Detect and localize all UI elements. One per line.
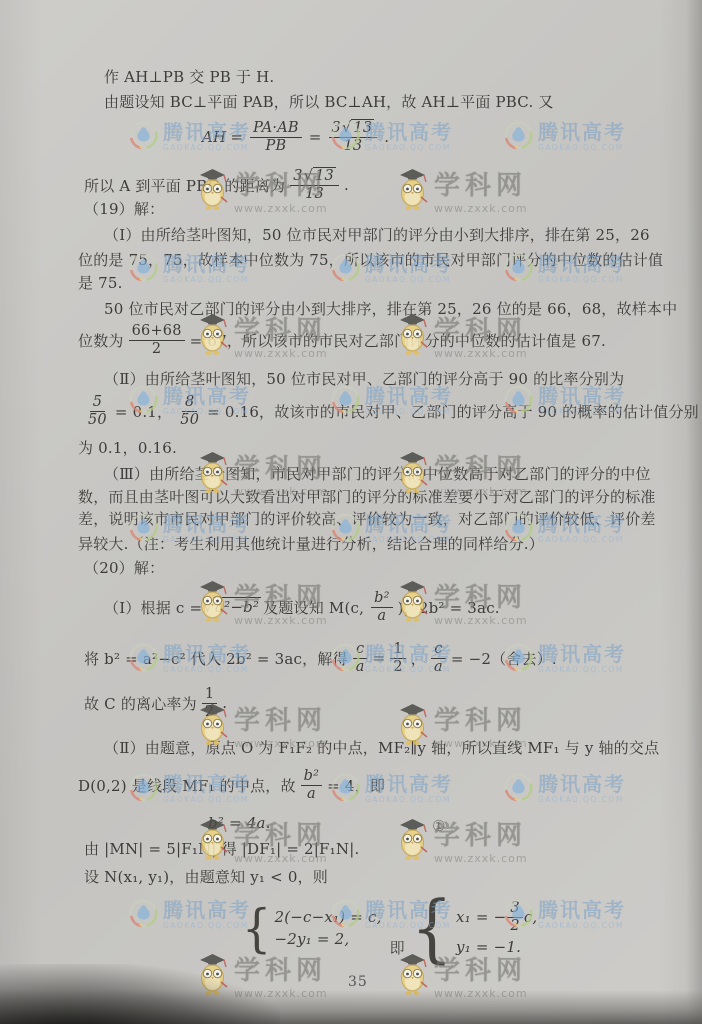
text-line: 50 位市民对乙部门的评分由小到大排序，排在第 25，26 位的是 66，68，… (104, 298, 677, 319)
equation: 2(−c−x₁) = c, (274, 908, 381, 926)
fraction: 1 2 (390, 641, 405, 675)
fraction: 5 50 (85, 394, 110, 428)
sqrt-icon: √ (342, 120, 351, 136)
fraction-numerator: 3√13 (329, 120, 378, 138)
text-segment: 即 (390, 937, 405, 966)
text-line: 作 AH⊥PB 交 PB 于 H. (104, 66, 274, 87)
text-segment: = 67，所以该市的市民对乙部门评分的中位数的估计值是 67. (190, 330, 606, 351)
problem-19-header: （19）解： (84, 198, 164, 219)
fraction-numerator: c (353, 641, 367, 659)
circled-one-mark: ① (432, 817, 445, 835)
text-line: （Ⅰ）由所给茎叶图知，50 位市民对甲部门的评分由小到大排序，排在第 25，26 (104, 224, 650, 245)
comma: ， (411, 648, 426, 669)
period: . (344, 176, 349, 194)
fraction-denominator: 2 (507, 918, 522, 935)
fraction-denominator: 13 (340, 138, 365, 155)
problem-20-header: （20）解： (84, 557, 164, 578)
fraction: 3√13 13 (290, 168, 339, 202)
fraction: 66+68 2 (129, 323, 185, 357)
coefficient: 3 (293, 168, 302, 184)
text-segment: = 4，即 (327, 775, 385, 796)
equation: −2y₁ = 2, (274, 930, 349, 948)
formula-ah-distance: AH = PA·AB PB = 3√13 13 . (200, 115, 391, 159)
text-line: 差，说明该市市民对甲部门的评价较高、评价较为一致，对乙部门的评价较低、评价差 (78, 508, 656, 529)
fraction: b² a (371, 590, 393, 624)
sqrt-expression: √a²−b² (202, 598, 261, 616)
fraction: b² a (301, 768, 323, 802)
radicand: 13 (313, 167, 336, 184)
text-segment: = 0.1， (115, 401, 172, 422)
fraction-numerator: b² (301, 768, 323, 786)
equation: y₁ = −1. (456, 938, 521, 956)
text-segment: 将 b² = a²−c² 代入 2b² = 3ac，解得 (84, 648, 348, 669)
left-brace: { (242, 898, 271, 958)
fraction-numerator: 8 (182, 394, 197, 412)
fraction-numerator: 1 (202, 686, 217, 704)
period: . (222, 694, 227, 712)
fraction-denominator: 13 (302, 186, 327, 203)
text-line: （Ⅲ）由所给茎叶图知，市民对甲部门的评分的中位数高于对乙部门的评分的中位 (104, 463, 651, 484)
text-line-with-fraction: D(0,2) 是线段 MF₁ 的中点，故 b² a = 4，即 (78, 763, 385, 807)
equation-system: { 2(−c−x₁) = c, −2y₁ = 2, 即 { x₁ = − 3 2… (242, 890, 537, 966)
fraction-numerator: 3 (507, 900, 522, 918)
equals-sign: = (230, 128, 243, 146)
fraction: 8 50 (177, 394, 202, 428)
equals-sign: = (373, 649, 386, 667)
fraction: PA·AB PB (250, 120, 302, 154)
fraction: c a (431, 641, 446, 675)
fraction: 3√13 13 (329, 120, 378, 154)
fraction-denominator: 2 (202, 704, 217, 721)
fraction-numerator: b² (371, 590, 393, 608)
fraction-denominator: a (374, 608, 389, 625)
page-number: 35 (348, 974, 368, 990)
text-segment: 故 C 的离心率为 (84, 693, 197, 714)
radicand: 13 (351, 119, 374, 136)
text-segment: c, (524, 908, 538, 926)
left-brace: { (411, 885, 453, 971)
text-line: 数，而且由茎叶图可以大致看出对甲部门的评分的标准差要小于对乙部门的评分的标准 (78, 486, 656, 507)
fraction: 1 2 (202, 686, 217, 720)
fraction-denominator: 50 (177, 412, 202, 429)
text-line-with-fraction: 故 C 的离心率为 1 2 . (84, 681, 227, 725)
formula-lhs: AH (202, 128, 226, 146)
formula-line: b² = 4a. (208, 814, 271, 832)
sqrt-icon: √ (203, 598, 213, 616)
fraction-numerator: 5 (90, 394, 105, 412)
equals-sign: = (309, 128, 322, 146)
system-left-column: 2(−c−x₁) = c, −2y₁ = 2, (274, 908, 381, 948)
text-segment: 所以 A 到平面 PBC 的距离为 (84, 175, 285, 196)
text-segment: 及题设知 M(c, (263, 597, 364, 618)
fraction-denominator: 50 (85, 412, 110, 429)
sqrt-icon: √ (304, 168, 313, 184)
text-line-with-formula: 将 b² = a²−c² 代入 2b² = 3ac，解得 c a = 1 2 ，… (84, 636, 557, 680)
text-line: 由 |MN| = 5|F₁N| 得 |DF₁| = 2|F₁N|. (84, 838, 359, 859)
text-segment: )，2b² = 3ac. (398, 597, 500, 618)
fraction: c a (353, 641, 368, 675)
fraction-denominator: 2 (149, 341, 164, 358)
text-segment: = −2（舍去）. (451, 648, 557, 669)
solution-text-layer: 作 AH⊥PB 交 PB 于 H. 由题设知 BC⊥平面 PAB，所以 BC⊥A… (0, 0, 702, 1024)
fraction-numerator: PA·AB (250, 120, 302, 138)
text-line: 为 0.1，0.16. (78, 437, 177, 458)
text-segment: x₁ = − (456, 908, 506, 926)
system-right-column: x₁ = − 3 2 c, y₁ = −1. (456, 900, 537, 956)
fraction-numerator: 1 (390, 641, 405, 659)
text-line: 设 N(x₁, y₁)，由题意知 y₁ < 0，则 (84, 866, 328, 887)
equation: x₁ = − 3 2 c, (456, 900, 537, 934)
fraction-denominator: a (353, 659, 368, 676)
text-line: 由题设知 BC⊥平面 PAB，所以 BC⊥AH，故 AH⊥平面 PBC. 又 (104, 91, 554, 112)
fraction-denominator: PB (263, 138, 290, 155)
text-segment: 位数为 (78, 330, 124, 351)
coefficient: 3 (332, 120, 341, 136)
text-line: （Ⅱ）由题意，原点 O 为 F₁F₂ 的中点，MF₂∥y 轴，所以直线 MF₁ … (104, 737, 659, 758)
fraction-denominator: 2 (390, 659, 405, 676)
text-line-with-formula: （Ⅰ）根据 c = √a²−b² 及题设知 M(c, b² a )，2b² = … (104, 585, 500, 629)
fraction-denominator: a (431, 659, 446, 676)
fraction-denominator: a (304, 786, 319, 803)
text-line: （Ⅱ）由所给茎叶图知，50 位市民对甲、乙部门的评分高于 90 的比率分别为 (104, 368, 624, 389)
text-line-with-fraction: 5 50 = 0.1， 8 50 = 0.16，故该市的市民对甲、乙部门的评分高… (80, 390, 699, 432)
text-segment: （Ⅰ）根据 c = (104, 597, 202, 618)
text-line: 是 75. (78, 272, 123, 293)
period: . (384, 128, 389, 146)
text-line-with-fraction: 位数为 66+68 2 = 67，所以该市的市民对乙部门评分的中位数的估计值是 … (78, 320, 606, 360)
fraction: 3 2 (507, 900, 522, 934)
text-segment: = 0.16，故该市的市民对甲、乙部门的评分高于 90 的概率的估计值分别 (207, 401, 699, 422)
fraction-numerator: c (431, 641, 445, 659)
text-segment: D(0,2) 是线段 MF₁ 的中点，故 (78, 775, 296, 796)
fraction-numerator: 66+68 (129, 323, 185, 341)
text-line: 异较大.（注：考生利用其他统计量进行分析，结论合理的同样给分.） (78, 533, 544, 554)
radicand: a²−b² (213, 597, 261, 616)
scanned-exam-solution-page: 作 AH⊥PB 交 PB 于 H. 由题设知 BC⊥平面 PAB，所以 BC⊥A… (0, 0, 702, 1024)
fraction-numerator: 3√13 (290, 168, 339, 186)
text-line: 位的是 75，75，故样本中位数为 75，所以该市的市民对甲部门评分的中位数的估… (78, 249, 663, 270)
